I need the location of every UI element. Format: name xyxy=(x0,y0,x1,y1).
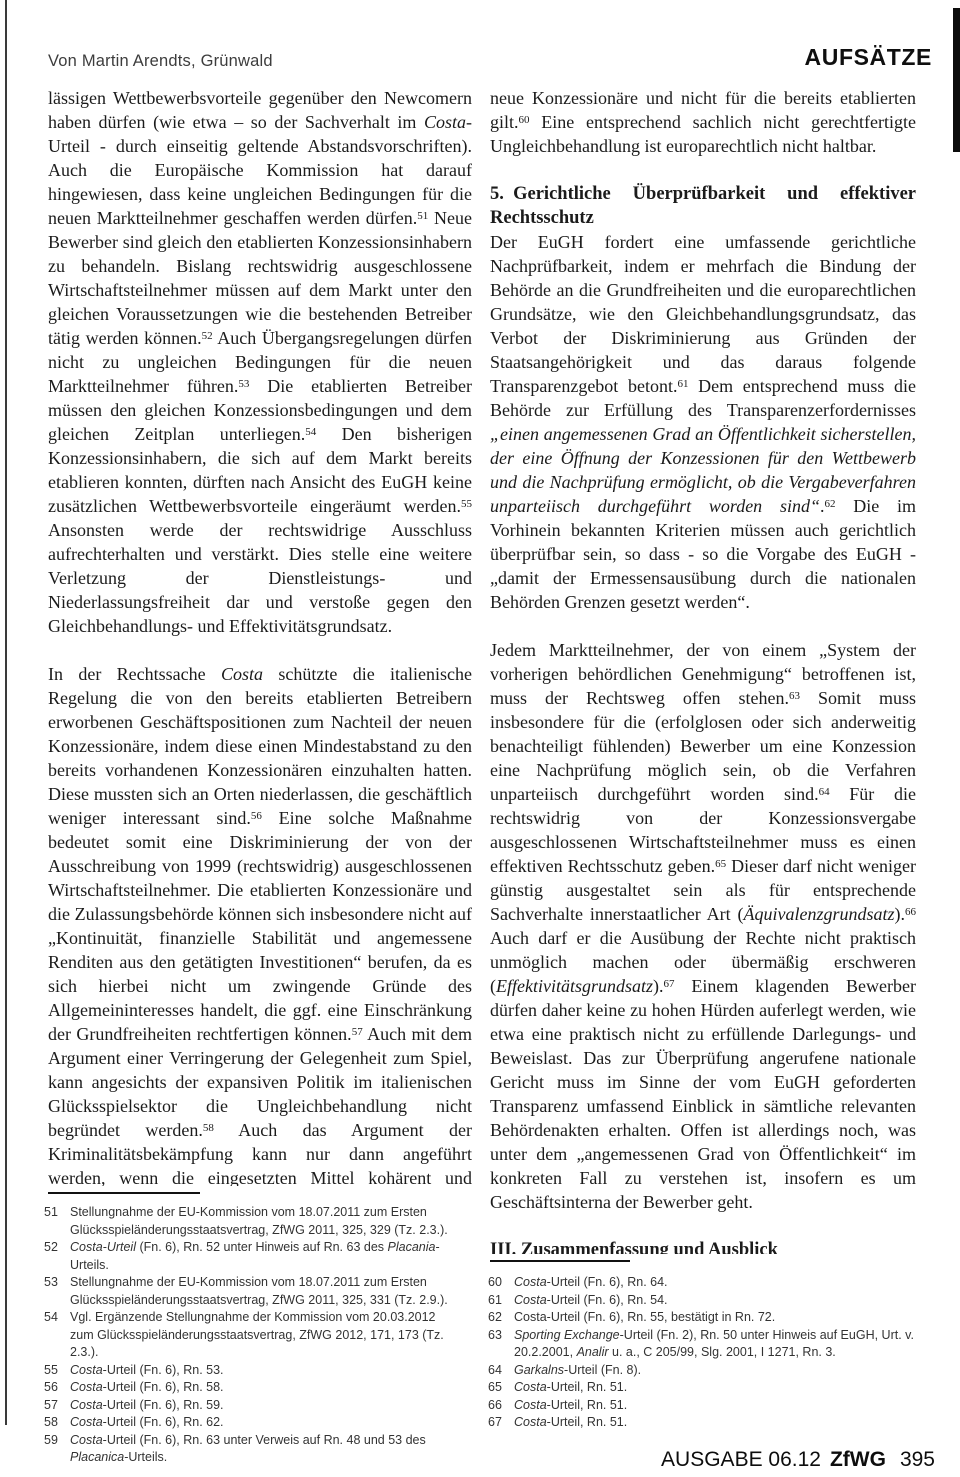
footnote-number: 63 xyxy=(488,1327,514,1345)
italic-text: Costa xyxy=(514,1293,547,1307)
text-run: -Urteil (Fn. 6), Rn. 58. xyxy=(103,1380,224,1394)
text-run: -Urteil, Rn. 51. xyxy=(547,1415,628,1429)
text-run: -Urteil (Fn. 8). xyxy=(564,1363,641,1377)
italic-text: Costa xyxy=(70,1398,103,1412)
footnote: 60Costa-Urteil (Fn. 6), Rn. 64. xyxy=(488,1274,920,1292)
italic-text: Analir xyxy=(577,1345,609,1359)
text-run: -Urteil, Rn. 51. xyxy=(547,1380,628,1394)
footnote-text: Stellungnahme der EU-Kommission vom 18.0… xyxy=(70,1274,460,1309)
footnote-text: Costa-Urteil (Fn. 6), Rn. 55, bestätigt … xyxy=(514,1309,920,1327)
text-run: In der Rechtssache xyxy=(48,664,221,684)
footnote: 51Stellungnahme der EU-Kommission vom 18… xyxy=(44,1204,460,1239)
text-run: 5. Gerichtliche Überprüfbarkeit und effe… xyxy=(490,184,916,228)
text-run: III. Zusammenfassung und Ausblick xyxy=(490,1240,778,1254)
footnote-number: 58 xyxy=(44,1414,70,1432)
section-heading: 5. Gerichtliche Überprüfbarkeit und effe… xyxy=(490,182,916,230)
footnote-number: 59 xyxy=(44,1432,70,1450)
text-run: -Urteil (Fn. 6), Rn. 62. xyxy=(103,1415,224,1429)
right-column: neue Konzessionäre und nicht für die ber… xyxy=(490,86,916,1254)
italic-text: Costa xyxy=(514,1398,547,1412)
text-run: u. a., C 205/99, Slg. 2001, I 1271, Rn. … xyxy=(609,1345,836,1359)
italic-text: Costa xyxy=(70,1415,103,1429)
text-run: Einem klagenden Bewerber dürfen daher ke… xyxy=(490,976,916,1212)
footnotes-left: 51Stellungnahme der EU-Kommission vom 18… xyxy=(44,1204,460,1467)
footnote: 64Garkalns-Urteil (Fn. 8). xyxy=(488,1362,920,1380)
footnote-marker: 57 xyxy=(352,1026,363,1038)
section-label: AUFSÄTZE xyxy=(805,44,932,71)
footnote-text: Costa-Urteil (Fn. 6), Rn. 62. xyxy=(70,1414,460,1432)
text-run: Stellungnahme der EU-Kommission vom 18.0… xyxy=(70,1275,448,1307)
footnote-number: 52 xyxy=(44,1239,70,1257)
footnotes-right: 60Costa-Urteil (Fn. 6), Rn. 64.61Costa-U… xyxy=(488,1274,920,1432)
left-column: lässigen Wettbewerbsvorteile gegenüber d… xyxy=(48,86,472,1186)
text-run: Der EuGH fordert eine umfassende gericht… xyxy=(490,232,916,396)
italic-text: Äquivalenzgrundsatz xyxy=(744,904,895,924)
italic-text: Costa xyxy=(70,1380,103,1394)
body-paragraph: Der EuGH fordert eine umfassende gericht… xyxy=(490,230,916,614)
text-run: -Urteil (Fn. 6), Rn. 54. xyxy=(547,1293,668,1307)
footnote-number: 51 xyxy=(44,1204,70,1222)
footnote-marker: 58 xyxy=(203,1122,214,1134)
text-run: Eine solche Maßnahme bedeutet somit eine… xyxy=(48,808,472,1044)
footnote: 55Costa-Urteil (Fn. 6), Rn. 53. xyxy=(44,1362,460,1380)
text-run: schützte die italienische Regelung die v… xyxy=(48,664,472,828)
footnote-text: Costa-Urteil, Rn. 51. xyxy=(514,1397,920,1415)
footnote-text: Costa-Urteil (Fn. 6), Rn. 59. xyxy=(70,1397,460,1415)
footnote-text: Stellungnahme der EU-Kommission vom 18.0… xyxy=(70,1204,460,1239)
footnote-number: 66 xyxy=(488,1397,514,1415)
footnote: 52Costa-Urteil (Fn. 6), Rn. 52 unter Hin… xyxy=(44,1239,460,1274)
footnote-marker: 53 xyxy=(238,378,249,390)
italic-text: Costa xyxy=(70,1433,103,1447)
footnote-separator-right xyxy=(490,1260,630,1262)
footnote-separator-left xyxy=(48,1192,200,1194)
text-run: -Urteil (Fn. 6), Rn. 63 unter Verweis au… xyxy=(103,1433,426,1447)
text-run: Stellungnahme der EU-Kommission vom 18.0… xyxy=(70,1205,448,1237)
footnote: 54Vgl. Ergänzende Stellungnahme der Komm… xyxy=(44,1309,460,1362)
italic-text: Placania xyxy=(388,1240,436,1254)
page-footer: AUSGABE 06.12ZfWG395 xyxy=(661,1448,935,1472)
footnote-text: Costa-Urteil, Rn. 51. xyxy=(514,1379,920,1397)
footnote-text: Costa-Urteil (Fn. 6), Rn. 52 unter Hinwe… xyxy=(70,1239,460,1274)
italic-text: Costa xyxy=(514,1380,547,1394)
footnote-text: Costa-Urteil (Fn. 6), Rn. 53. xyxy=(70,1362,460,1380)
text-run: Costa-Urteil (Fn. 6), Rn. 55, bestätigt … xyxy=(514,1310,775,1324)
footnote-marker: 65 xyxy=(715,858,726,870)
section-tab-marker xyxy=(953,8,960,152)
footnote-marker: 54 xyxy=(305,426,316,438)
footnote: 67Costa-Urteil, Rn. 51. xyxy=(488,1414,920,1432)
body-paragraph: neue Konzessionäre und nicht für die ber… xyxy=(490,86,916,158)
footnote-number: 60 xyxy=(488,1274,514,1292)
footnote-text: Sporting Exchange-Urteil (Fn. 2), Rn. 50… xyxy=(514,1327,920,1362)
text-run: ). xyxy=(653,976,664,996)
footnote-text: Costa-Urteil (Fn. 6), Rn. 58. xyxy=(70,1379,460,1397)
footnote-text: Garkalns-Urteil (Fn. 8). xyxy=(514,1362,920,1380)
footnote-text: Costa-Urteil (Fn. 6), Rn. 54. xyxy=(514,1292,920,1310)
footnote-marker: 64 xyxy=(819,786,830,798)
text-run: -Urteils. xyxy=(124,1450,167,1464)
italic-text: Sporting Exchange xyxy=(514,1328,620,1342)
text-run: ). xyxy=(895,904,906,924)
footnote-marker: 55 xyxy=(461,498,472,510)
page-edge-rule xyxy=(5,0,7,1425)
text-run: Ansonsten werde der rechtswidrige Aussch… xyxy=(48,520,472,636)
footnote-marker: 61 xyxy=(677,378,688,390)
body-paragraph: In der Rechtssache Costa schützte die it… xyxy=(48,662,472,1186)
italic-text: Costa xyxy=(70,1363,103,1377)
footnote-number: 55 xyxy=(44,1362,70,1380)
footnote-text: Costa-Urteil, Rn. 51. xyxy=(514,1414,920,1432)
footnote: 57Costa-Urteil (Fn. 6), Rn. 59. xyxy=(44,1397,460,1415)
text-run: -Urteil (Fn. 6), Rn. 64. xyxy=(547,1275,668,1289)
footnote-number: 67 xyxy=(488,1414,514,1432)
section-heading: III. Zusammenfassung und Ausblick xyxy=(490,1238,916,1254)
footnote: 66Costa-Urteil, Rn. 51. xyxy=(488,1397,920,1415)
author-byline: Von Martin Arendts, Grünwald xyxy=(48,52,273,71)
footnote-number: 64 xyxy=(488,1362,514,1380)
body-paragraph: lässigen Wettbewerbsvorteile gegenüber d… xyxy=(48,86,472,638)
footnote-marker: 56 xyxy=(251,810,262,822)
footnote-marker: 63 xyxy=(789,690,800,702)
italic-text: Costa xyxy=(424,112,466,132)
footnote: 53Stellungnahme der EU-Kommission vom 18… xyxy=(44,1274,460,1309)
footnote: 61Costa-Urteil (Fn. 6), Rn. 54. xyxy=(488,1292,920,1310)
italic-text: Effektivitätsgrundsatz xyxy=(496,976,653,996)
text-run: Eine entsprechend sachlich nicht gerecht… xyxy=(490,112,916,156)
footnote-number: 56 xyxy=(44,1379,70,1397)
footnote-number: 57 xyxy=(44,1397,70,1415)
footnote-number: 61 xyxy=(488,1292,514,1310)
text-run: -Urteil, Rn. 51. xyxy=(547,1398,628,1412)
italic-text: Costa xyxy=(514,1415,547,1429)
footnote-number: 54 xyxy=(44,1309,70,1327)
footnote-number: 53 xyxy=(44,1274,70,1292)
footnote-marker: 66 xyxy=(905,906,916,918)
footnote: 65Costa-Urteil, Rn. 51. xyxy=(488,1379,920,1397)
italic-text: Placanica xyxy=(70,1450,124,1464)
footnote: 58Costa-Urteil (Fn. 6), Rn. 62. xyxy=(44,1414,460,1432)
footnote: 62Costa-Urteil (Fn. 6), Rn. 55, bestätig… xyxy=(488,1309,920,1327)
text-run: -Urteil (Fn. 6), Rn. 53. xyxy=(103,1363,224,1377)
footnote-marker: 60 xyxy=(519,114,530,126)
text-run: -Urteil (Fn. 6), Rn. 59. xyxy=(103,1398,224,1412)
footnote-text: Costa-Urteil (Fn. 6), Rn. 63 unter Verwe… xyxy=(70,1432,460,1467)
italic-text: Costa-Urteil xyxy=(70,1240,136,1254)
italic-text: Costa xyxy=(221,664,263,684)
text-run: Vgl. Ergänzende Stellungnahme der Kommis… xyxy=(70,1310,444,1359)
italic-text: Costa xyxy=(514,1275,547,1289)
footnote-marker: 67 xyxy=(664,978,675,990)
footnote-marker: 62 xyxy=(824,498,835,510)
footnote: 56Costa-Urteil (Fn. 6), Rn. 58. xyxy=(44,1379,460,1397)
footnote-text: Costa-Urteil (Fn. 6), Rn. 64. xyxy=(514,1274,920,1292)
italic-text: Garkalns xyxy=(514,1363,564,1377)
footnote-number: 62 xyxy=(488,1309,514,1327)
text-run: Neue Bewerber sind gleich den etablierte… xyxy=(48,208,472,348)
text-run: (Fn. 6), Rn. 52 unter Hinweis auf Rn. 63… xyxy=(136,1240,388,1254)
footnote-text: Vgl. Ergänzende Stellungnahme der Kommis… xyxy=(70,1309,460,1362)
footnote: 59Costa-Urteil (Fn. 6), Rn. 63 unter Ver… xyxy=(44,1432,460,1467)
journal-name: ZfWG xyxy=(830,1448,886,1471)
text-run: lässigen Wettbewerbsvorteile gegenüber d… xyxy=(48,88,472,132)
page-number: 395 xyxy=(900,1448,935,1471)
footnote-marker: 51 xyxy=(417,210,428,222)
footnote-number: 65 xyxy=(488,1379,514,1397)
footnote: 63Sporting Exchange-Urteil (Fn. 2), Rn. … xyxy=(488,1327,920,1362)
body-paragraph: Jedem Marktteilnehmer, der von einem „Sy… xyxy=(490,638,916,1214)
footnote-marker: 52 xyxy=(202,330,213,342)
issue-label: AUSGABE 06.12 xyxy=(661,1448,821,1471)
article-page: Von Martin Arendts, Grünwald AUFSÄTZE lä… xyxy=(0,0,960,1477)
